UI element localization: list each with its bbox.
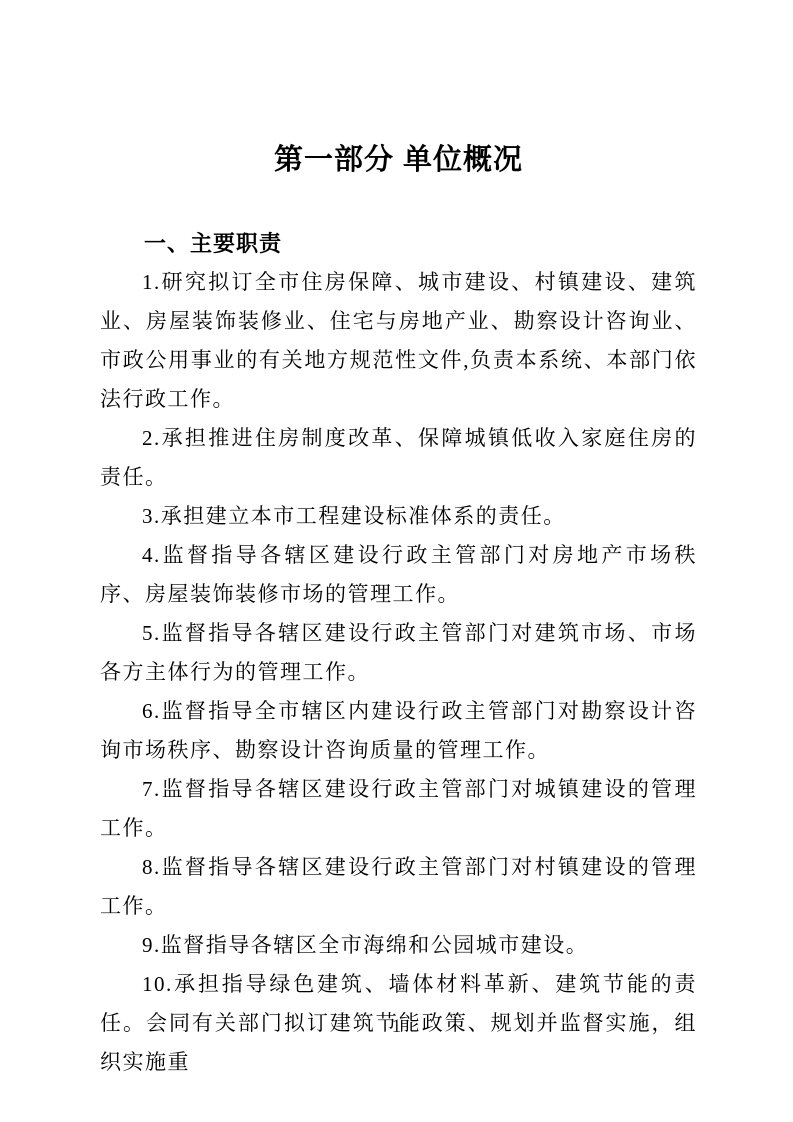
paragraph-5: 5.监督指导各辖区建设行政主管部门对建筑市场、市场各方主体行为的管理工作。 [100, 614, 697, 692]
page-number: 1 [0, 1016, 793, 1038]
paragraph-3: 3.承担建立本市工程建设标准体系的责任。 [100, 497, 697, 536]
paragraph-2: 2.承担推进住房制度改革、保障城镇低收入家庭住房的责任。 [100, 419, 697, 497]
document-page: 第一部分 单位概况 一、主要职责 1.研究拟订全市住房保障、城市建设、村镇建设、… [0, 0, 793, 1122]
paragraph-7: 7.监督指导各辖区建设行政主管部门对城镇建设的管理工作。 [100, 770, 697, 848]
document-title: 第一部分 单位概况 [100, 140, 697, 180]
section-heading: 一、主要职责 [100, 224, 697, 263]
paragraph-4: 4.监督指导各辖区建设行政主管部门对房地产市场秩序、房屋装饰装修市场的管理工作。 [100, 536, 697, 614]
paragraph-8: 8.监督指导各辖区建设行政主管部门对村镇建设的管理工作。 [100, 848, 697, 926]
paragraph-9: 9.监督指导各辖区全市海绵和公园城市建设。 [100, 926, 697, 965]
paragraph-1: 1.研究拟订全市住房保障、城市建设、村镇建设、建筑业、房屋装饰装修业、住宅与房地… [100, 263, 697, 419]
paragraph-6: 6.监督指导全市辖区内建设行政主管部门对勘察设计咨询市场秩序、勘察设计咨询质量的… [100, 692, 697, 770]
